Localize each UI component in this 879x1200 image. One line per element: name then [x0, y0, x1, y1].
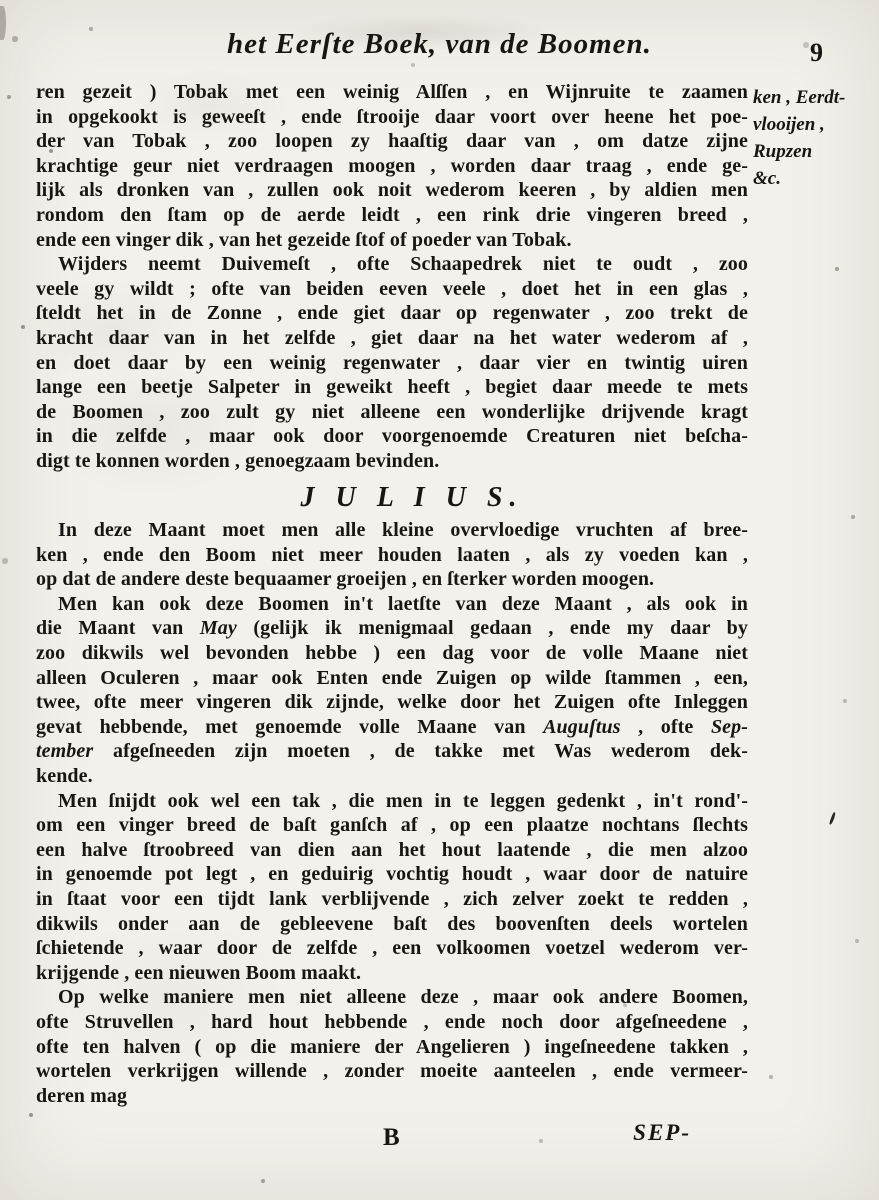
- text-line: ken , ende den Boom niet meer houden laa…: [36, 543, 748, 568]
- text-line: ſteldt het in de Zonne , ende giet daar …: [36, 301, 748, 326]
- text-line: zoo dikwils wel bevonden hebbe ) een dag…: [36, 641, 748, 666]
- text-line: die Maant van May (gelijk ik menigmaal g…: [36, 616, 748, 641]
- text-line: krijgende , een nieuwen Boom maakt.: [36, 961, 748, 986]
- text-line: digt te konnen worden , genoegzaam bevin…: [36, 449, 748, 474]
- text-line: de Boomen , zoo zult gy niet alleene een…: [36, 400, 748, 425]
- book-page-scan: het Eerſte Boek, van de Boomen. 9 ren ge…: [0, 0, 879, 1200]
- margin-note: ken , Eerdt- vlooijen , Rupzen &c.: [753, 84, 875, 192]
- text-line: alleen Oculeren , maar ook Enten ende Zu…: [36, 666, 748, 691]
- margin-note-line: &c.: [753, 165, 875, 192]
- text-line: gevat hebbende, met genoemde volle Maane…: [36, 715, 748, 740]
- page-number: 9: [810, 38, 823, 68]
- text-line: twee, ofte meer vingeren dik zijnde, wel…: [36, 690, 748, 715]
- printer-signature: B: [383, 1124, 400, 1152]
- paragraph: ren gezeit ) Tobak met een weinig Alſſen…: [36, 80, 748, 252]
- text-line: in die zelfde , maar ook door voorgenoem…: [36, 424, 748, 449]
- margin-note-line: vlooijen ,: [753, 111, 875, 138]
- paragraph: Men ſnijdt ook wel een tak , die men in …: [36, 789, 748, 986]
- text-line: in opgekookt is geweeſt , ende ſtrooije …: [36, 105, 748, 130]
- text-line: ende een vinger dik , van het gezeide ſt…: [36, 228, 748, 253]
- text-line: en doet daar by een weinig regenwater , …: [36, 351, 748, 376]
- text-line: in genoemde pot legt , en geduirig vocht…: [36, 862, 748, 887]
- text-line: wortelen verkrijgen willende , zonder mo…: [36, 1059, 748, 1084]
- text-line: rondom den ſtam op de aerde leidt , een …: [36, 203, 748, 228]
- text-line: Op welke maniere men niet alleene deze ,…: [36, 985, 748, 1010]
- running-title: het Eerſte Boek, van de Boomen.: [0, 28, 879, 61]
- text-line: ofte Struvellen , hard hout hebbende , e…: [36, 1010, 748, 1035]
- text-line: op dat de andere deste bequaamer groeije…: [36, 567, 748, 592]
- body-text: ren gezeit ) Tobak met een weinig Alſſen…: [36, 80, 748, 1108]
- text-line: lijk als dronken van , zullen ook noit w…: [36, 178, 748, 203]
- margin-note-line: ken , Eerdt-: [753, 84, 875, 111]
- margin-note-line: Rupzen: [753, 138, 875, 165]
- text-line: ſchietende , waar door de zelfde , een v…: [36, 936, 748, 961]
- text-line: lange een beetje Salpeter in geweikt hee…: [36, 375, 748, 400]
- text-line: een halve ſtroobreed van dien aan het ho…: [36, 838, 748, 863]
- section-heading: J U L I U S.: [76, 486, 748, 511]
- scan-speckles: [0, 0, 2, 2]
- text-line: kracht daar van in het zelfde , giet daa…: [36, 326, 748, 351]
- text-line: deren mag: [36, 1084, 748, 1109]
- text-line: der van Tobak , zoo loopen zy haaſtig da…: [36, 129, 748, 154]
- stray-ink-mark: [829, 812, 836, 825]
- paragraph: In deze Maant moet men alle kleine overv…: [36, 518, 748, 592]
- text-line: Men ſnijdt ook wel een tak , die men in …: [36, 789, 748, 814]
- text-line: Men kan ook deze Boomen in't laetſte van…: [36, 592, 748, 617]
- catchword: SEP-: [633, 1120, 691, 1146]
- text-line: in ſtaat voor een tijdt lank verblijvend…: [36, 887, 748, 912]
- text-line: Wijders neemt Duivemeſt , ofte Schaapedr…: [36, 252, 748, 277]
- paragraph: Wijders neemt Duivemeſt , ofte Schaapedr…: [36, 252, 748, 473]
- text-line: tember afgeſneeden zijn moeten , de takk…: [36, 739, 748, 764]
- text-line: dikwils onder aan de gebleevene baſt des…: [36, 912, 748, 937]
- text-line: ofte ten halven ( op die maniere der Ang…: [36, 1035, 748, 1060]
- paragraph: Men kan ook deze Boomen in't laetſte van…: [36, 592, 748, 789]
- text-line: veele gy wildt ; ofte van beiden eeven v…: [36, 277, 748, 302]
- text-line: ren gezeit ) Tobak met een weinig Alſſen…: [36, 80, 748, 105]
- text-line: kende.: [36, 764, 748, 789]
- paragraph: Op welke maniere men niet alleene deze ,…: [36, 985, 748, 1108]
- text-line: krachtige geur niet verdraagen moogen , …: [36, 154, 748, 179]
- text-line: In deze Maant moet men alle kleine overv…: [36, 518, 748, 543]
- text-line: om een vinger breed de baſt ganſch af , …: [36, 813, 748, 838]
